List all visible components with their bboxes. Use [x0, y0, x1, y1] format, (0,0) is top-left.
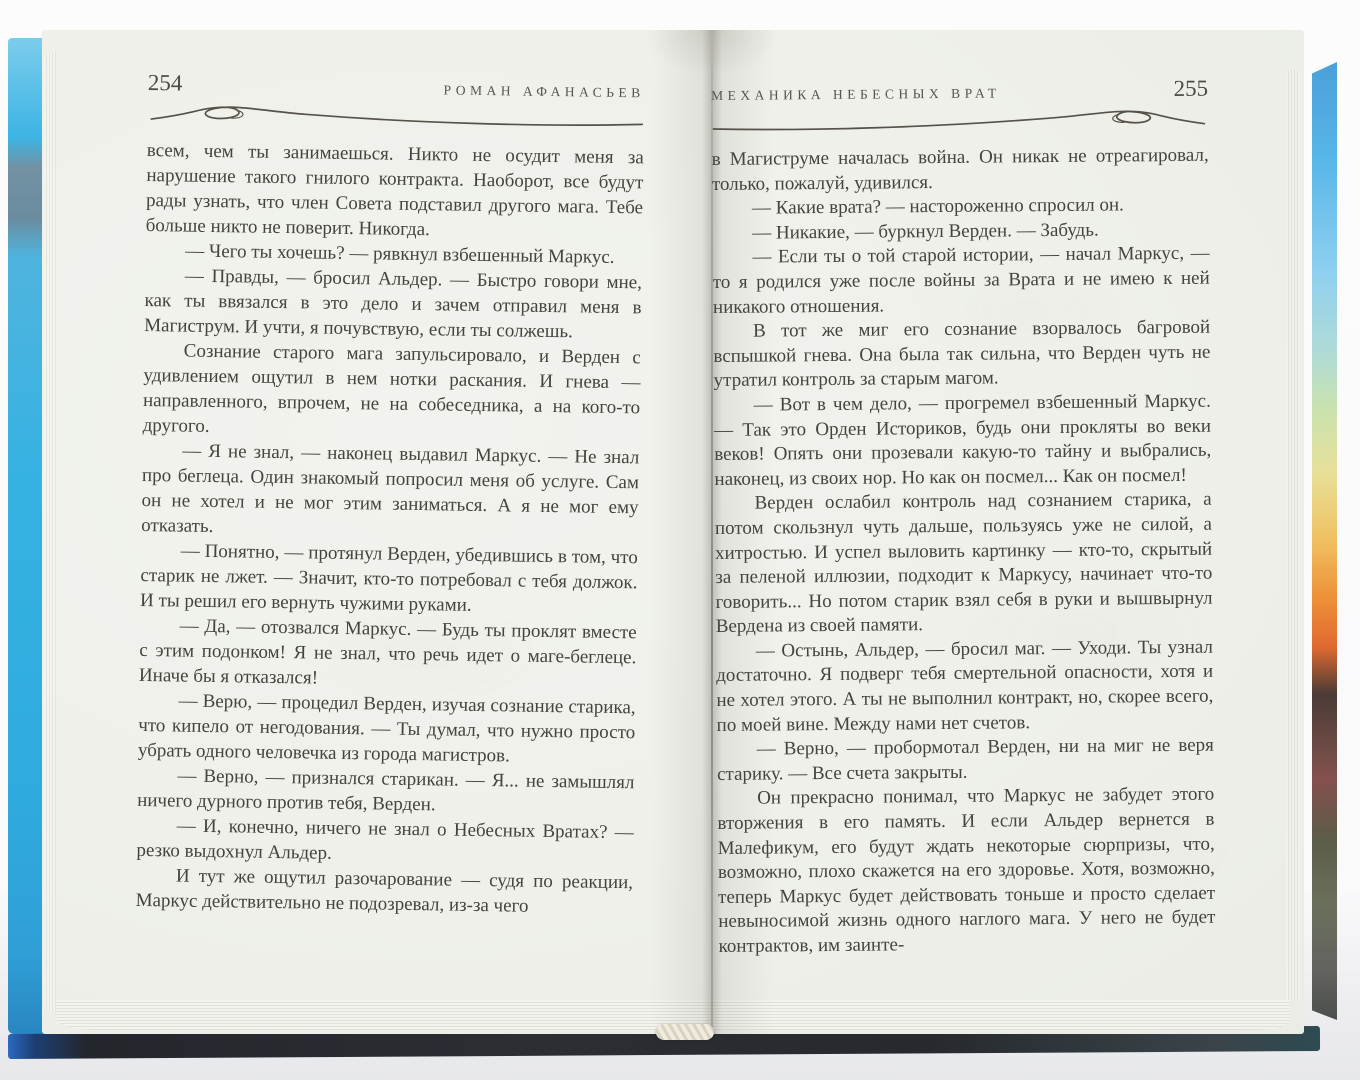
left-page-text: всем, чем ты занимаешься. Никто не осуди…: [135, 138, 643, 920]
paragraph: — Верно, — признался старикан. — Я... не…: [137, 763, 635, 820]
left-page-number: 254: [148, 70, 183, 97]
paragraph: всем, чем ты занимаешься. Никто не осуди…: [146, 138, 644, 245]
paragraph: — И, конечно, ничего не знал о Небесных …: [136, 813, 634, 870]
binding-thread: [656, 1024, 714, 1040]
paragraph: Сознание старого мага запульсировало, и …: [143, 338, 641, 445]
paragraph: — Верно, — пробормотал Верден, ни на миг…: [717, 734, 1214, 788]
paragraph: — Да, — отозвался Маркус. — Будь ты прок…: [139, 613, 637, 695]
paragraph: — Верю, — процедил Верден, изучая сознан…: [138, 688, 636, 770]
page-stack-left: [44, 52, 56, 1012]
paragraph: — Понятно, — протянул Верден, убедившись…: [140, 538, 638, 620]
right-running-title: МЕХАНИКА НЕБЕСНЫХ ВРАТ: [711, 85, 1001, 104]
paragraph: — Остынь, Альдер, — бросил маг. — Уходи.…: [716, 636, 1214, 739]
right-page: МЕХАНИКА НЕБЕСНЫХ ВРАТ 255 в Магиструме …: [711, 76, 1216, 960]
left-running-title: РОМАН АФАНАСЬЕВ: [444, 82, 645, 101]
paragraph: Он прекрасно понимал, что Маркус не забу…: [717, 783, 1215, 959]
paragraph: Верден ослабил контроль над сознанием ст…: [715, 488, 1213, 640]
book-cover-right-edge: [1312, 62, 1337, 1020]
paragraph: — Если ты о той старой истории, — начал …: [712, 242, 1210, 320]
page-stack-right: [1286, 70, 1300, 1000]
book-photo: 254 РОМАН АФАНАСЬЕВ всем, чем ты занимае…: [0, 0, 1360, 1080]
left-page: 254 РОМАН АФАНАСЬЕВ всем, чем ты занимае…: [135, 70, 644, 920]
right-page-text: в Магиструме началась война. Он никак не…: [712, 144, 1216, 960]
paragraph: в Магиструме началась война. Он никак не…: [712, 144, 1209, 198]
paragraph: — Вот в чем дело, — прогремел взбешенный…: [714, 390, 1212, 493]
flourish-rule-icon: [711, 104, 1208, 134]
paragraph: — Я не знал, — наконец выдавил Маркус. —…: [141, 438, 639, 545]
right-page-number: 255: [1173, 76, 1208, 102]
paragraph: В тот же миг его сознание взорвалось баг…: [713, 316, 1211, 394]
paragraph: — Правды, — бросил Альдер. — Быстро гово…: [144, 263, 642, 345]
paragraph: И тут же ощутил разочарование — судя по …: [135, 863, 633, 920]
book-cover-left-edge: [8, 38, 45, 1034]
